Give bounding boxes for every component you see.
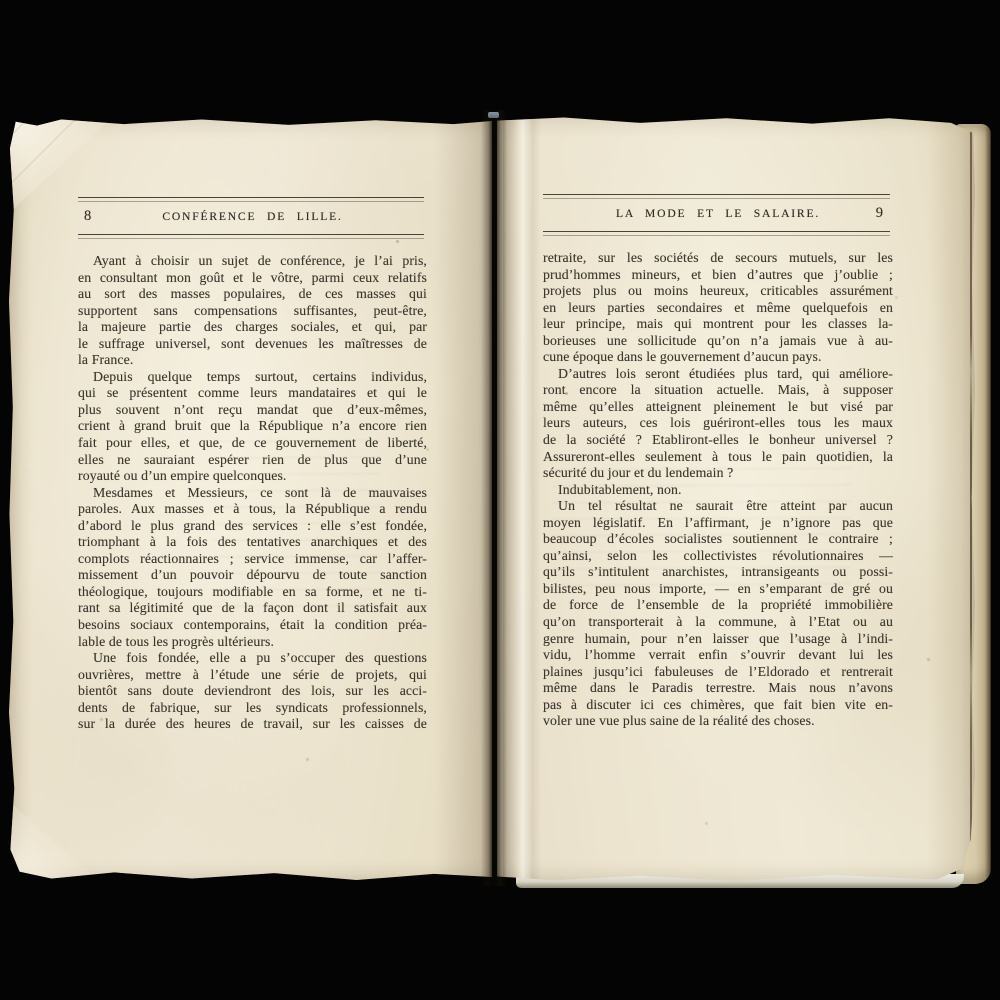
- text-line: Une fois fondée, elle a pu s’occuper des…: [78, 650, 427, 667]
- verso-show-through: [213, 440, 381, 619]
- text-line: qui se présentent comme leurs mandataire…: [78, 385, 427, 402]
- open-book-photo: 8 CONFÉRENCE DE LILLE. Ayant à choisir u…: [0, 0, 1000, 1000]
- right-running-header: LA MODE ET LE SALAIRE. 9: [543, 200, 893, 226]
- text-line: sur la durée des heures de travail, sur …: [78, 716, 427, 733]
- verso-show-through: [553, 467, 851, 589]
- header-rule-top: [543, 194, 890, 199]
- page-number: 9: [876, 200, 883, 226]
- text-line: la France.: [78, 352, 427, 369]
- paragraph: Ayant à choisir un sujet de conférence, …: [78, 253, 427, 369]
- text-line: genre humain, pour n’en laisser que l’us…: [543, 631, 893, 648]
- page-number: 8: [84, 203, 91, 229]
- gutter-crease: [503, 116, 541, 881]
- text-line: pas à discuter ici ces chimères, que fai…: [543, 697, 893, 714]
- text-line: la majeure partie des charges sociales, …: [78, 319, 427, 336]
- header-rule-bottom: [543, 231, 890, 236]
- text-line: leurs auteurs, ces lois guériront-elles …: [543, 415, 893, 432]
- header-rule-top: [78, 197, 424, 202]
- text-line: plaines jusqu’ici fabuleuses de l’Eldora…: [543, 664, 893, 681]
- text-line: de la société ? Etabliront-elles le bonh…: [543, 432, 893, 449]
- text-line: Assureront-elles seulement à tous le pai…: [543, 449, 893, 466]
- text-line: lable de tous les progrès ultérieurs.: [78, 634, 427, 651]
- left-running-header: 8 CONFÉRENCE DE LILLE.: [78, 203, 427, 229]
- text-line: projets plus ou moins heureux, criticabl…: [543, 283, 893, 300]
- text-line: bientôt sans doute deviendront des lois,…: [78, 683, 427, 700]
- text-line: Depuis quelque temps surtout, certains i…: [78, 369, 427, 386]
- text-line: vidu, l’homme verrait enfin s’ouvrir dev…: [543, 647, 893, 664]
- header-rule-bottom: [78, 234, 424, 239]
- folded-corner: [8, 800, 98, 880]
- text-line: de force de l’ensemble de la propriété i…: [543, 597, 893, 614]
- text-line: Ayant à choisir un sujet de conférence, …: [78, 253, 427, 270]
- left-page: 8 CONFÉRENCE DE LILLE. Ayant à choisir u…: [8, 118, 492, 880]
- text-line: le suffrage universel, sont devenues les…: [78, 336, 427, 353]
- text-line: même qu’elles atteignent pleinement le b…: [543, 399, 893, 416]
- text-line: leur principe, mais qui montrent pour le…: [543, 316, 893, 333]
- text-line: en consultant mon goût et le vôtre, parm…: [78, 270, 427, 287]
- text-line: D’autres lois seront étudiées plus tard,…: [543, 366, 893, 383]
- text-line: qu’on transporterait à la commune, à l’E…: [543, 614, 893, 631]
- fore-edge-tear-line: [970, 131, 972, 858]
- text-line: crient à grand bruit que la République n…: [78, 418, 427, 435]
- book-gutter-shadow: [481, 110, 507, 886]
- text-line: besoins sociaux contemporains, était la …: [78, 617, 427, 634]
- paragraph: Une fois fondée, elle a pu s’occuper des…: [78, 650, 427, 733]
- text-line: ront encore la situation actuelle. Mais,…: [543, 382, 893, 399]
- text-line: supportent sans compensations suffisante…: [78, 303, 427, 320]
- text-line: plus souvent n’ont reçu mandat que d’eux…: [78, 402, 427, 419]
- running-title: CONFÉRENCE DE LILLE.: [162, 210, 342, 223]
- foxing-specks: [565, 392, 568, 395]
- paragraph: retraite, sur les sociétés de secours mu…: [543, 250, 893, 366]
- text-line: au sort des masses populaires, de ces ma…: [78, 286, 427, 303]
- text-line: cune époque dans le gouvernement d’aucun…: [543, 349, 893, 366]
- binding-thread: [488, 112, 499, 118]
- right-page: LA MODE ET LE SALAIRE. 9 retraite, sur l…: [497, 116, 975, 881]
- text-line: en leurs parties secondaires et même que…: [543, 300, 893, 317]
- text-line: voler une vue plus saine de la réalité d…: [543, 713, 893, 730]
- text-line: prud’hommes mineurs, et bien d’autres qu…: [543, 267, 893, 284]
- paragraph: D’autres lois seront étudiées plus tard,…: [543, 366, 893, 482]
- text-line: ouvrières, mettre à l’étude une série de…: [78, 667, 427, 684]
- text-line: même dans le Paradis terrestre. Mais nou…: [543, 680, 893, 697]
- foxing-specks: [396, 240, 399, 243]
- running-title: LA MODE ET LE SALAIRE.: [616, 207, 820, 220]
- text-line: retraite, sur les sociétés de secours mu…: [543, 250, 893, 267]
- text-line: dents de fabrique, sur les syndicats pro…: [78, 700, 427, 717]
- text-line: borieuses une sollicitude qu’on n’a jama…: [543, 333, 893, 350]
